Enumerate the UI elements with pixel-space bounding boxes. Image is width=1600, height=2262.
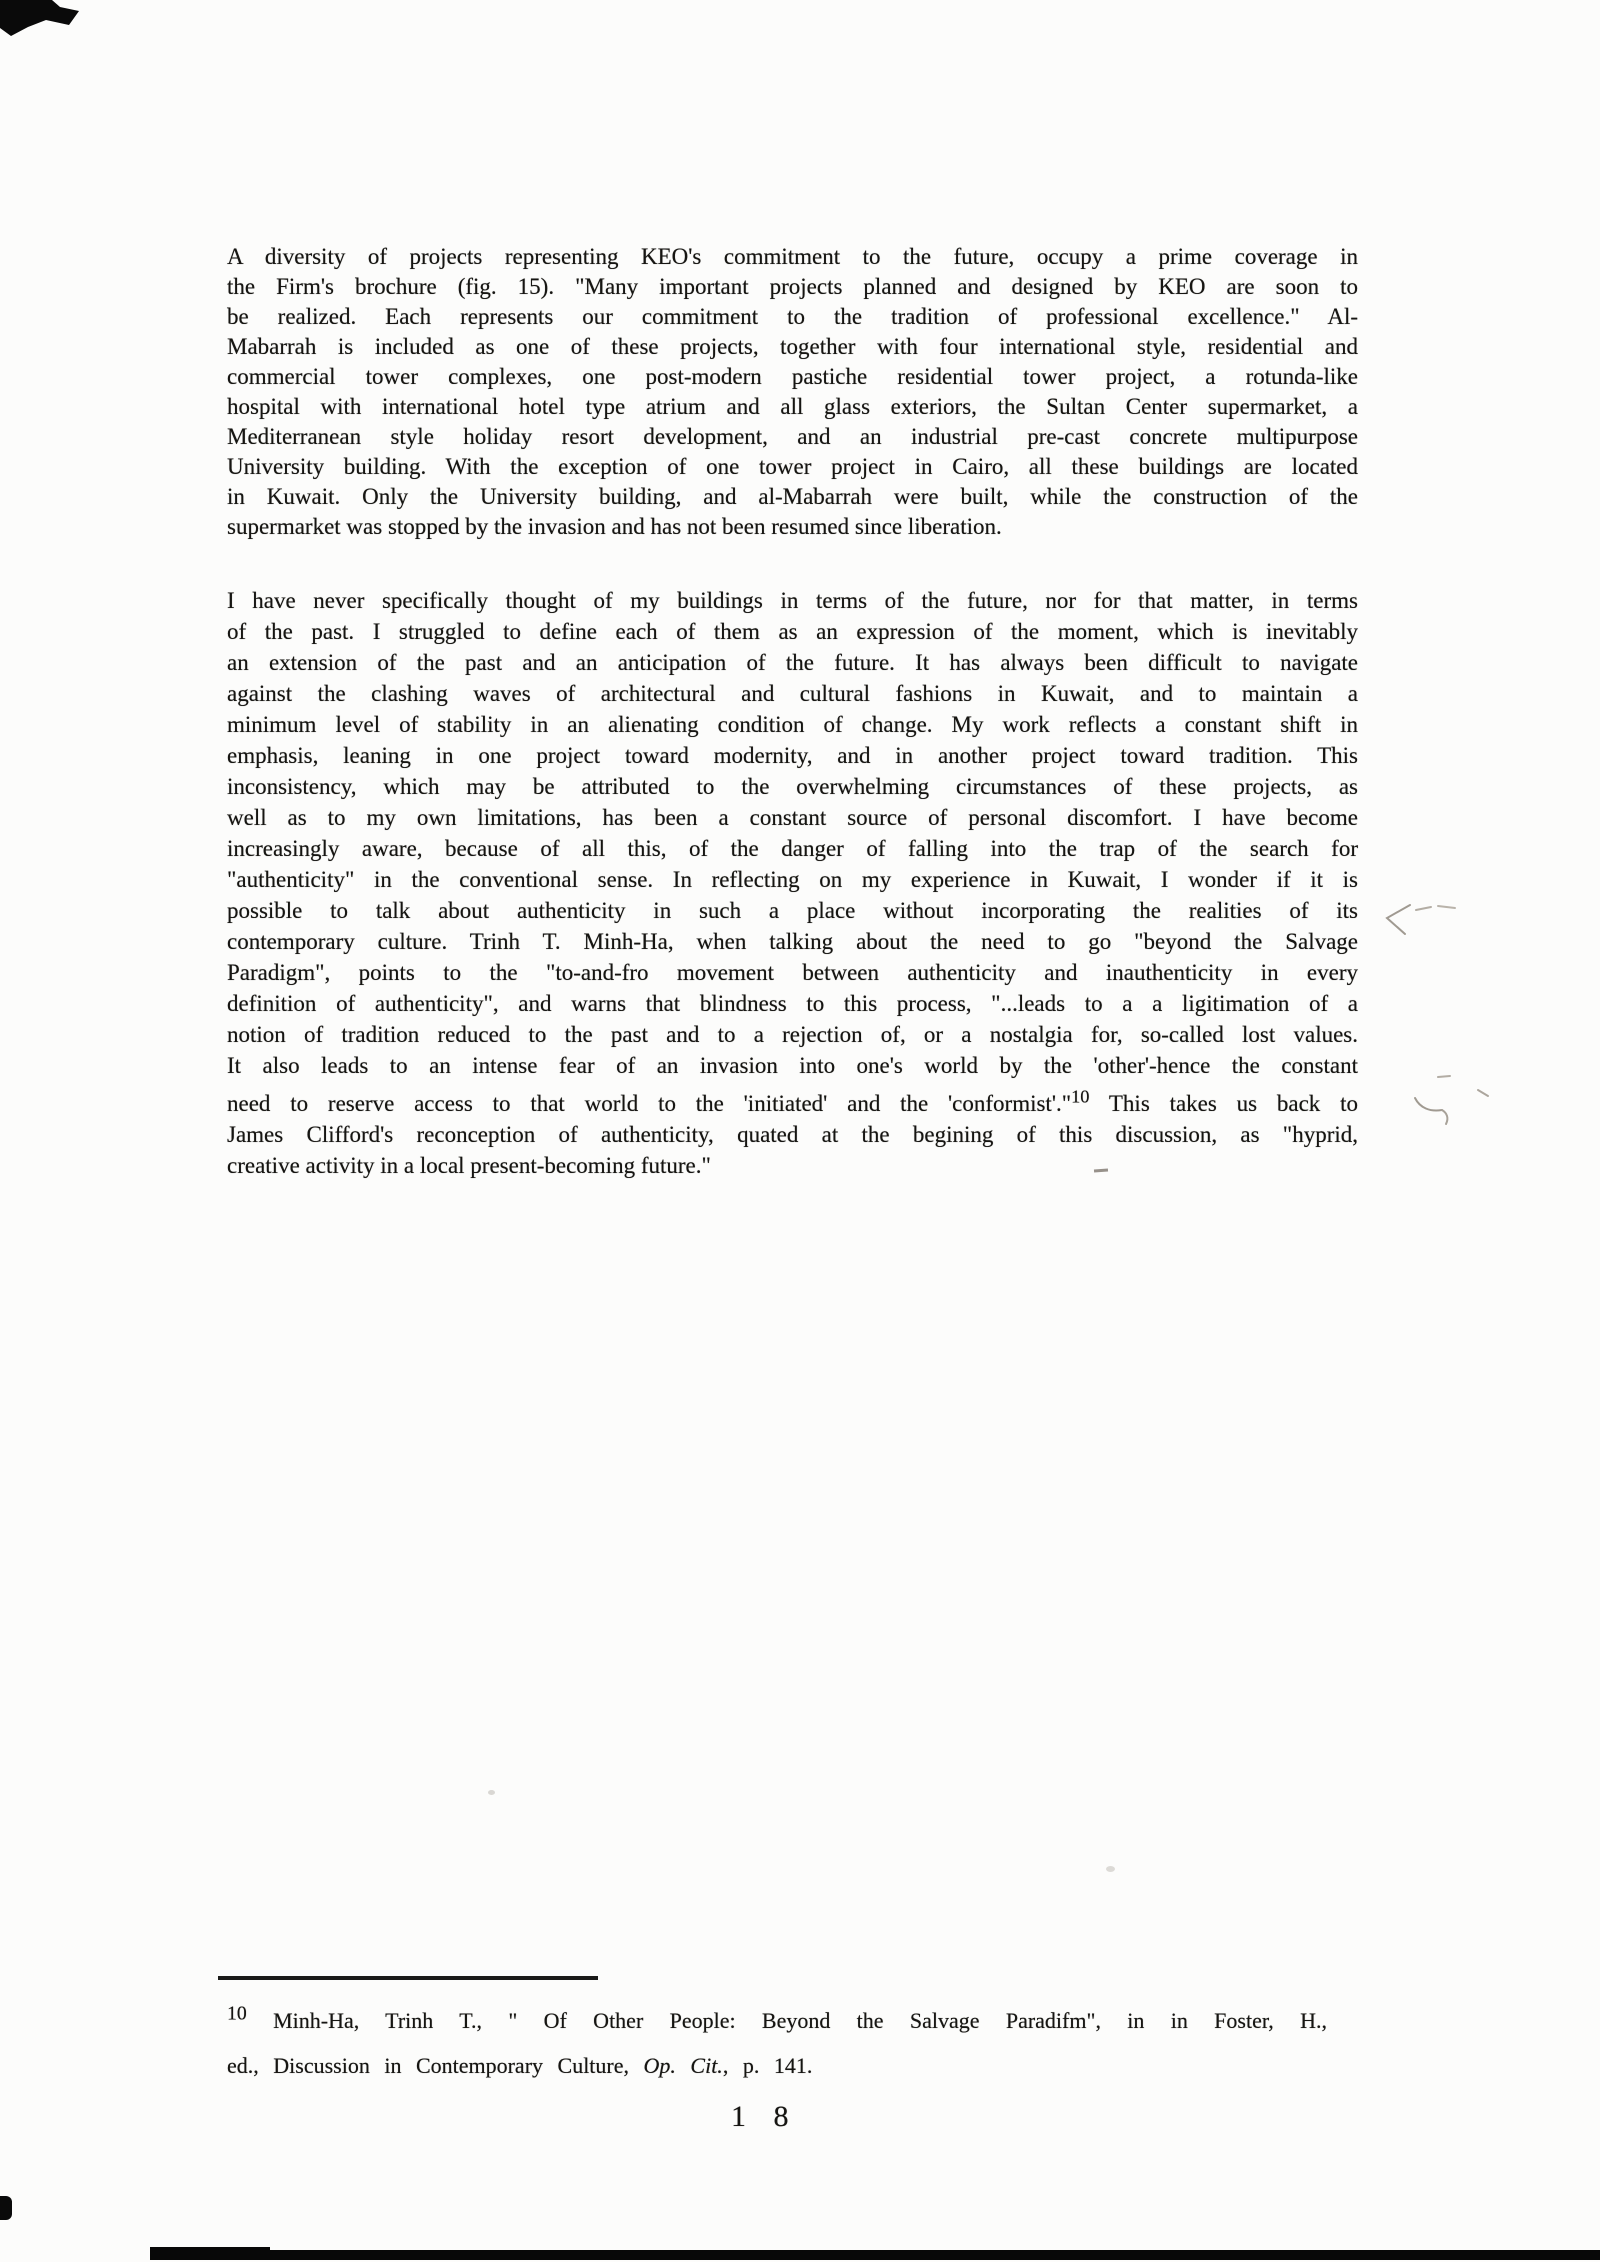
text-segment: , p. 141. (723, 2053, 813, 2078)
text-line: of the past. I struggled to define each … (227, 616, 1358, 647)
text-line: supermarket was stopped by the invasion … (227, 512, 1358, 542)
footnote-marker: 10 (1071, 1086, 1089, 1106)
text-line: University building. With the exception … (227, 452, 1358, 482)
scan-artifact-bottom-strip (150, 2250, 1600, 2260)
text-segment: need to reserve access to that world to … (227, 1091, 1071, 1116)
scan-speck-1 (488, 1790, 495, 1795)
text-segment: Op. Cit. (644, 2053, 723, 2078)
text-line: need to reserve access to that world to … (227, 1088, 1358, 1119)
text-line: emphasis, leaning in one project toward … (227, 740, 1358, 771)
text-line: creative activity in a local present-bec… (227, 1150, 1358, 1181)
text-line: be realized. Each represents our commitm… (227, 302, 1358, 332)
text-line: hospital with international hotel type a… (227, 392, 1358, 422)
footnote-marker: 10 (227, 2003, 247, 2025)
handwritten-pencil-mark-1 (1378, 898, 1463, 943)
text-line: in Kuwait. Only the University building,… (227, 482, 1358, 512)
text-line: inconsistency, which may be attributed t… (227, 771, 1358, 802)
paragraph-2: I have never specifically thought of my … (227, 585, 1358, 1181)
paragraph-1: A diversity of projects representing KEO… (227, 242, 1358, 542)
text-line: increasingly aware, because of all this,… (227, 833, 1358, 864)
handwritten-pencil-mark-2 (1408, 1068, 1498, 1130)
scan-speck-2 (1106, 1866, 1115, 1872)
text-segment: ed., Discussion in Contemporary Culture, (227, 2053, 644, 2078)
text-line: It also leads to an intense fear of an i… (227, 1050, 1358, 1081)
text-line: contemporary culture. Trinh T. Minh-Ha, … (227, 926, 1358, 957)
text-line: minimum level of stability in an alienat… (227, 709, 1358, 740)
footnote: 10 Minh-Ha, Trinh T., " Of Other People:… (227, 1998, 1327, 2088)
text-line: the Firm's brochure (fig. 15). "Many imp… (227, 272, 1358, 302)
scanned-document-page: A diversity of projects representing KEO… (0, 0, 1600, 2262)
text-line: I have never specifically thought of my … (227, 585, 1358, 616)
text-line: Mediterranean style holiday resort devel… (227, 422, 1358, 452)
text-line: Mabarrah is included as one of these pro… (227, 332, 1358, 362)
text-line: an extension of the past and an anticipa… (227, 647, 1358, 678)
text-line: 10 Minh-Ha, Trinh T., " Of Other People:… (227, 1998, 1327, 2043)
page-number: 1 8 (731, 2100, 799, 2134)
text-line: notion of tradition reduced to the past … (227, 1019, 1358, 1050)
scan-artifact-bottom-strip-bump (150, 2247, 270, 2252)
footnote-separator-rule (218, 1976, 598, 1980)
scan-artifact-left-edge-mark (0, 2196, 12, 2220)
text-line: against the clashing waves of architectu… (227, 678, 1358, 709)
text-line: "authenticity" in the conventional sense… (227, 864, 1358, 895)
text-segment: This takes us back to (1090, 1091, 1359, 1116)
text-line: Paradigm", points to the "to-and-fro mov… (227, 957, 1358, 988)
text-line: ed., Discussion in Contemporary Culture,… (227, 2043, 1327, 2088)
text-segment: Minh-Ha, Trinh T., " Of Other People: Be… (247, 2008, 1327, 2033)
text-line: commercial tower complexes, one post-mod… (227, 362, 1358, 392)
text-line: James Clifford's reconception of authent… (227, 1119, 1358, 1150)
text-line: possible to talk about authenticity in s… (227, 895, 1358, 926)
text-line: A diversity of projects representing KEO… (227, 242, 1358, 272)
text-line: well as to my own limitations, has been … (227, 802, 1358, 833)
scan-artifact-corner-blob (0, 0, 100, 50)
text-line: definition of authenticity", and warns t… (227, 988, 1358, 1019)
